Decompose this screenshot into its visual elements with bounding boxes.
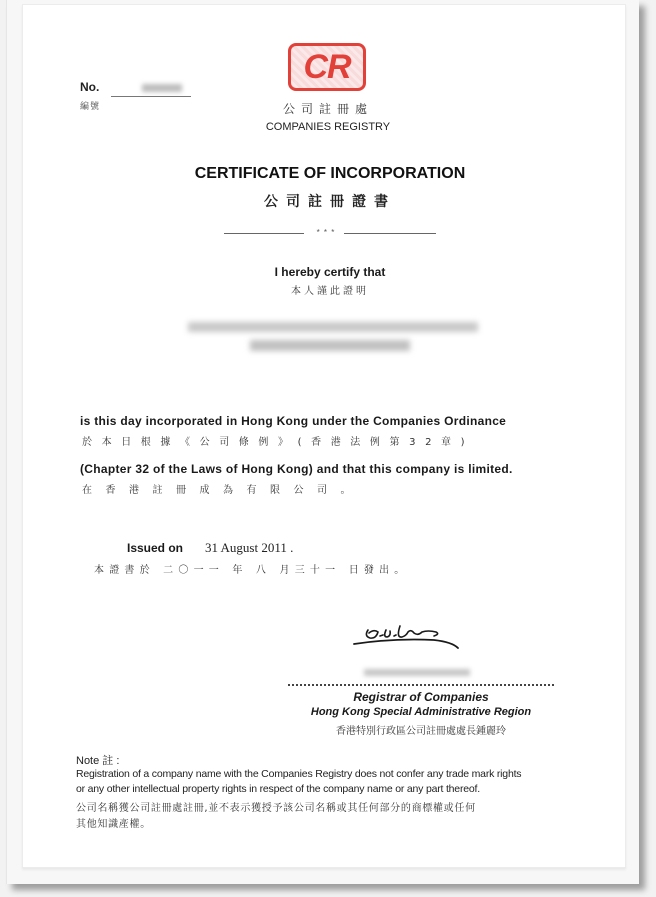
divider-left <box>224 233 304 234</box>
registrar-name-redacted <box>364 669 470 676</box>
certificate-title: CERTIFICATE OF INCORPORATION <box>130 165 530 183</box>
logo-text: CR <box>303 50 350 84</box>
divider-ornament: * * * <box>308 228 344 237</box>
issue-date: 31 August 2011 . <box>205 540 293 556</box>
incorporation-line-1-cn: 於本日根據《公司條例》(香港法例第32章) <box>82 433 562 448</box>
company-name-cn-redacted <box>250 340 410 351</box>
note-text-en-2: or any other intellectual property right… <box>76 783 596 795</box>
incorporation-line-2: (Chapter 32 of the Laws of Hong Kong) an… <box>80 462 560 476</box>
companies-registry-logo: CR <box>288 43 366 91</box>
registry-name-en: COMPANIES REGISTRY <box>252 121 404 133</box>
incorporation-line-2-cn: 在香港註冊成為有限公司。 <box>82 481 562 496</box>
issued-on-label: Issued on <box>127 541 183 555</box>
note-label: Note 註 : <box>76 752 119 768</box>
registrar-title: Registrar of Companies <box>288 690 554 704</box>
divider-right <box>344 233 436 234</box>
certificate-title-cn: 公司註冊證書 <box>200 191 460 211</box>
certificate-number-label-cn: 編號 <box>80 99 100 112</box>
note-text-cn-1: 公司名稱獲公司註冊處註冊,並不表示獲授予該公司名稱或其任何部分的商標權或任何 <box>76 799 616 814</box>
registrar-region: Hong Kong Special Administrative Region <box>280 706 562 718</box>
issue-date-cn: 本證書於 二〇一一 年 八 月三十一 日發出。 <box>94 561 410 576</box>
registrar-title-cn: 香港特別行政區公司註冊處處長鍾麗玲 <box>280 722 562 737</box>
certificate-number-label: No. <box>80 80 99 94</box>
certify-statement: I hereby certify that <box>230 265 430 279</box>
certificate-number-underline <box>111 96 191 97</box>
company-name-en-redacted <box>188 322 478 332</box>
note-text-cn-2: 其他知識產權。 <box>76 815 616 830</box>
signature-icon <box>350 618 470 658</box>
certify-statement-cn: 本人謹此證明 <box>230 282 430 297</box>
incorporation-line-1: is this day incorporated in Hong Kong un… <box>80 414 560 428</box>
certificate-number-redacted <box>142 84 182 92</box>
registry-name-cn: 公司註冊處 <box>270 100 386 117</box>
note-text-en-1: Registration of a company name with the … <box>76 768 596 780</box>
signature-dotted-line <box>288 684 554 686</box>
